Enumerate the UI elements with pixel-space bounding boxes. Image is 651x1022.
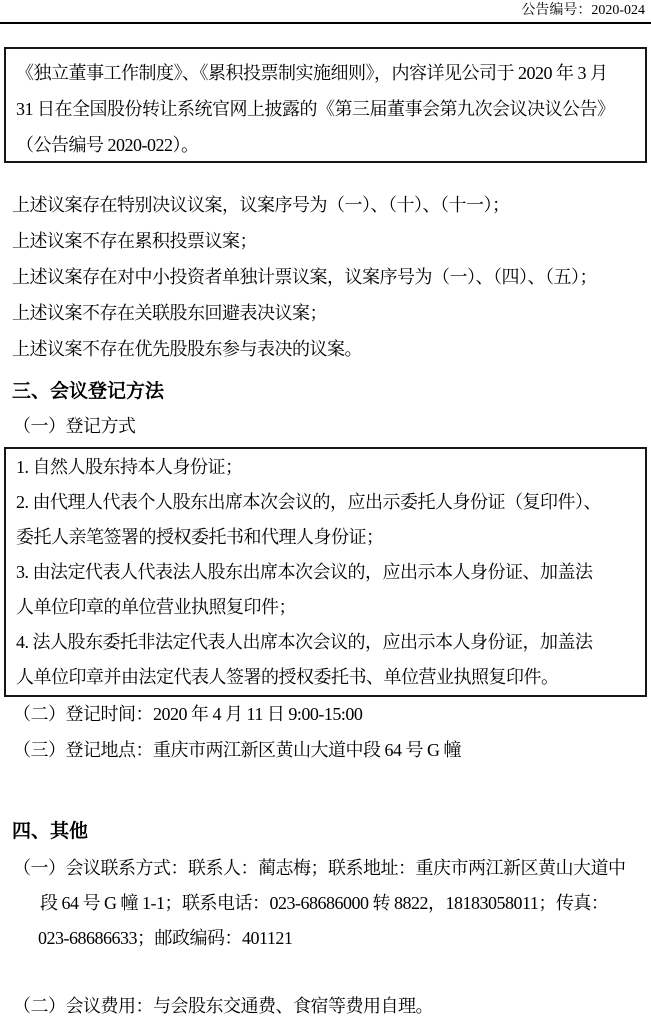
disclosure-box-line-3: （公告编号 2020-022）。	[16, 127, 635, 163]
requirement-line-4: 3. 由法定代表人代表法人股东出席本次会议的，应出示本人身份证、加盖法	[16, 555, 635, 590]
contact-info-line-3: 023-68686633；邮政编码：401121	[38, 924, 292, 952]
contact-info-line-2: 段 64 号 G 幢 1-1；联系电话：023-68686000 转 8822，…	[40, 889, 608, 917]
requirement-line-1: 1. 自然人股东持本人身份证；	[16, 450, 635, 485]
requirement-line-2: 2. 由代理人代表个人股东出席本次会议的，应出示委托人身份证（复印件）、	[16, 485, 635, 520]
section3-heading: 三、会议登记方法	[12, 378, 164, 406]
header-divider	[0, 22, 651, 24]
requirement-line-7: 人单位印章并由法定代表人签署的授权委托书、单位营业执照复印件。	[16, 660, 635, 695]
meeting-expense-note: （二）会议费用：与会股东交通费、食宿等费用自理。	[13, 992, 433, 1020]
resolution-note-preferred: 上述议案不存在优先股股东参与表决的议案。	[12, 331, 597, 367]
requirement-line-3: 委托人亲笔签署的授权委托书和代理人身份证；	[16, 520, 635, 555]
section4-heading: 四、其他	[12, 818, 88, 846]
resolution-note-related-abstain: 上述议案不存在关联股东回避表决议案；	[12, 295, 597, 331]
resolution-note-minority-count: 上述议案存在对中小投资者单独计票议案，议案序号为（一）、（四）、（五）；	[12, 259, 597, 295]
announcement-number: 公告编号：2020-024	[521, 1, 645, 21]
registration-requirements-box: 1. 自然人股东持本人身份证； 2. 由代理人代表个人股东出席本次会议的，应出示…	[4, 447, 647, 697]
registration-method-label: （一）登记方式	[13, 412, 136, 440]
resolution-note-special: 上述议案存在特别决议议案，议案序号为（一）、（十）、（十一）；	[12, 187, 597, 223]
requirement-line-6: 4. 法人股东委托非法定代表人出席本次会议的，应出示本人身份证，加盖法	[16, 625, 635, 660]
registration-place: （三）登记地点：重庆市两江新区黄山大道中段 64 号 G 幢	[13, 736, 461, 764]
prior-disclosure-box: 《独立董事工作制度》、《累积投票制实施细则》，内容详见公司于 2020 年 3 …	[4, 47, 647, 163]
disclosure-box-line-2: 31 日在全国股份转让系统官网上披露的《第三届董事会第九次会议决议公告》	[16, 91, 635, 127]
disclosure-box-line-1: 《独立董事工作制度》、《累积投票制实施细则》，内容详见公司于 2020 年 3 …	[16, 55, 635, 91]
registration-time: （二）登记时间：2020 年 4 月 11 日 9:00-15:00	[13, 700, 362, 728]
contact-info-line-1: （一）会议联系方式：联系人：蔺志梅；联系地址：重庆市两江新区黄山大道中	[13, 854, 626, 882]
announcement-page: 公告编号：2020-024 《独立董事工作制度》、《累积投票制实施细则》，内容详…	[0, 0, 651, 1022]
resolution-note-cumulative: 上述议案不存在累积投票议案；	[12, 223, 597, 259]
resolution-notes: 上述议案存在特别决议议案，议案序号为（一）、（十）、（十一）； 上述议案不存在累…	[12, 187, 597, 367]
requirement-line-5: 人单位印章的单位营业执照复印件；	[16, 590, 635, 625]
